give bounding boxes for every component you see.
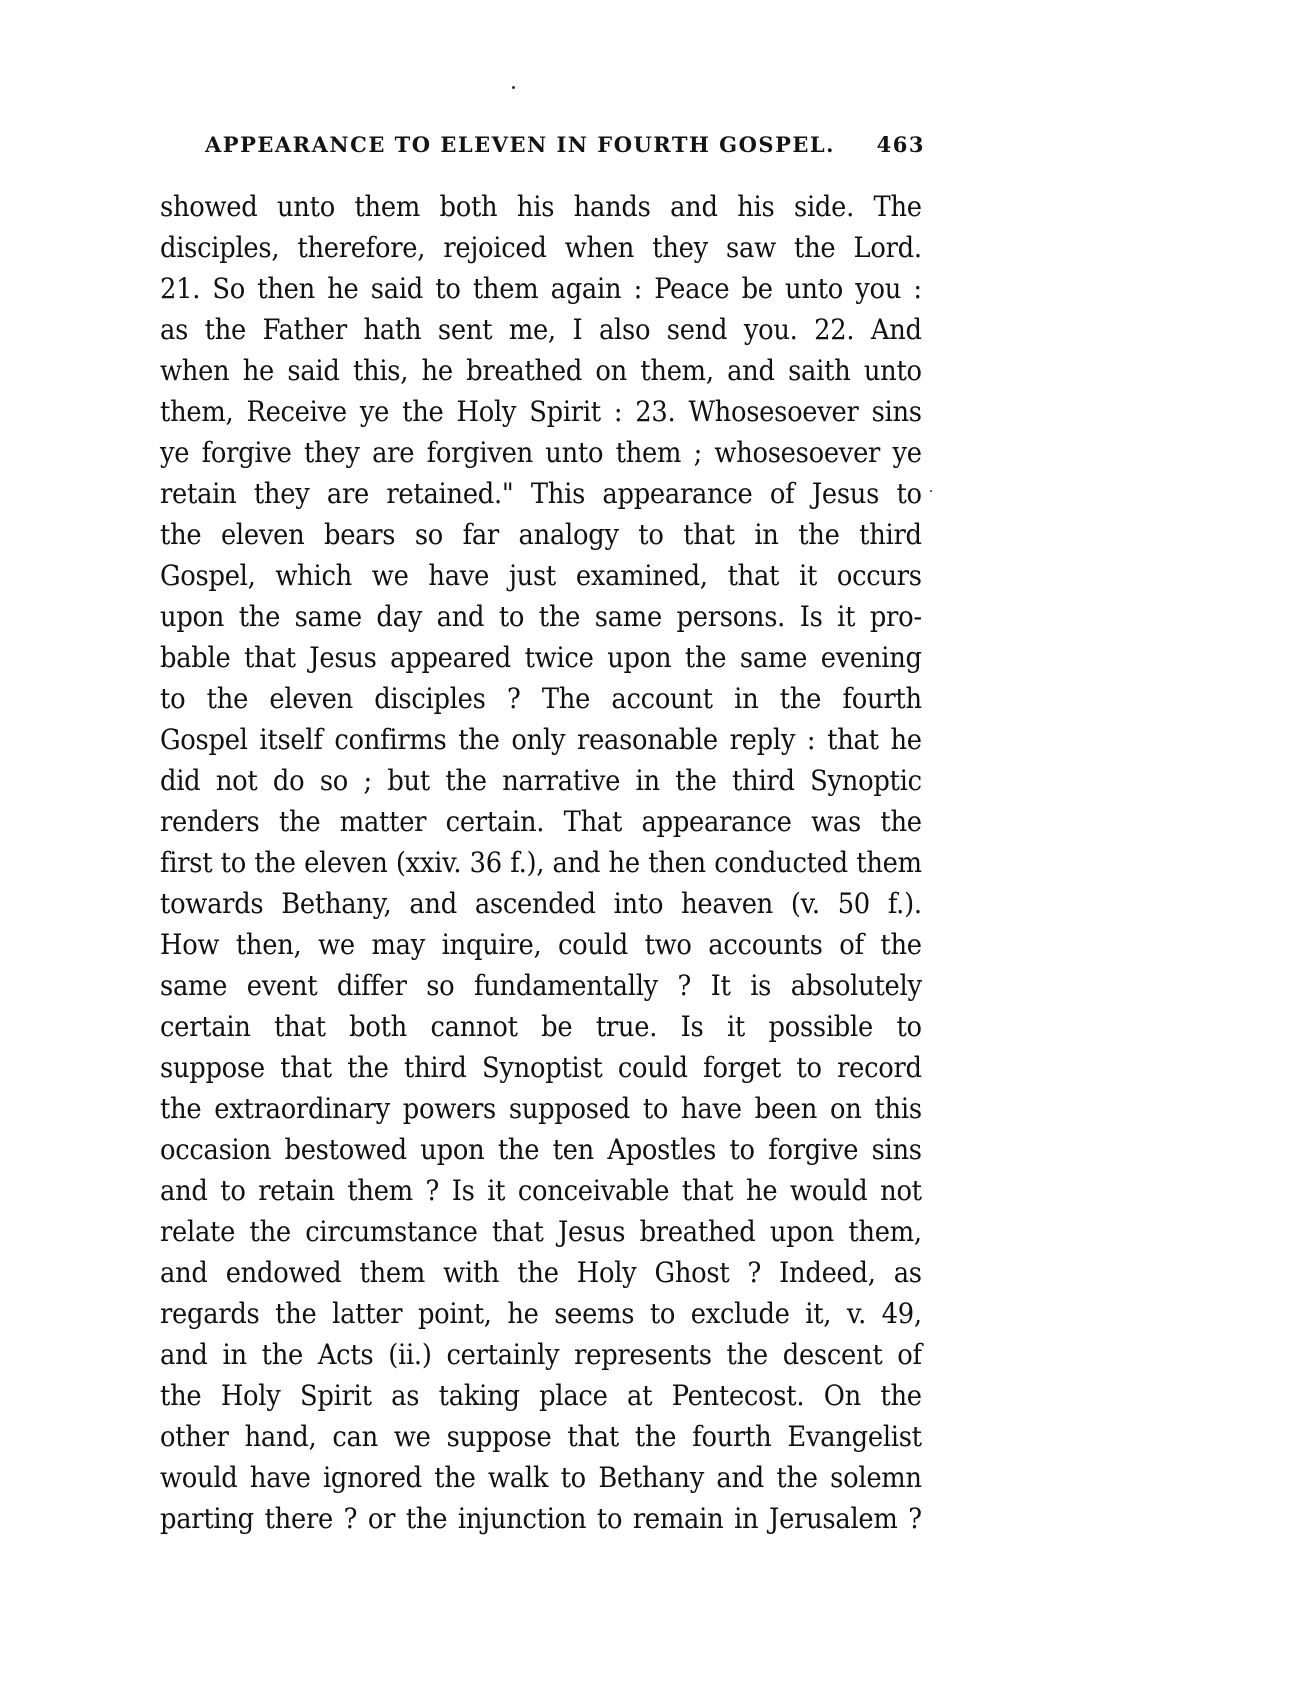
text-line: the Holy Spirit as taking place at Pente… xyxy=(160,1375,922,1416)
print-speck xyxy=(930,490,932,492)
text-line: towards Bethany, and ascended into heave… xyxy=(160,883,922,924)
running-title: APPEARANCE TO ELEVEN IN FOURTH GOSPEL. xyxy=(205,132,835,157)
text-line: and in the Acts (ii.) certainly represen… xyxy=(160,1334,922,1375)
text-line: parting there ? or the injunction to rem… xyxy=(160,1498,922,1539)
text-line: relate the circumstance that Jesus breat… xyxy=(160,1211,922,1252)
text-line: did not do so ; but the narrative in the… xyxy=(160,760,922,801)
text-line: Gospel itself confirms the only reasonab… xyxy=(160,719,922,760)
text-line: renders the matter certain. That appeara… xyxy=(160,801,922,842)
text-line: them, Receive ye the Holy Spirit : 23. W… xyxy=(160,391,922,432)
text-line: bable that Jesus appeared twice upon the… xyxy=(160,637,922,678)
text-line: regards the latter point, he seems to ex… xyxy=(160,1293,922,1334)
text-line: would have ignored the walk to Bethany a… xyxy=(160,1457,922,1498)
text-line: certain that both cannot be true. Is it … xyxy=(160,1006,922,1047)
text-line: when he said this, he breathed on them, … xyxy=(160,350,922,391)
page-number: 463 xyxy=(877,132,925,157)
text-line: occasion bestowed upon the ten Apostles … xyxy=(160,1129,922,1170)
print-speck xyxy=(512,86,515,89)
text-line: 21. So then he said to them again : Peac… xyxy=(160,268,922,309)
text-line: same event differ so fundamentally ? It … xyxy=(160,965,922,1006)
text-line: How then, we may inquire, could two acco… xyxy=(160,924,922,965)
text-line: upon the same day and to the same person… xyxy=(160,596,922,637)
body-text: showed unto them both his hands and his … xyxy=(160,186,922,1539)
text-line: the extraordinary powers supposed to hav… xyxy=(160,1088,922,1129)
text-line: retain they are retained." This appearan… xyxy=(160,473,922,514)
text-line: showed unto them both his hands and his … xyxy=(160,186,922,227)
running-head: APPEARANCE TO ELEVEN IN FOURTH GOSPEL. 4… xyxy=(205,132,925,157)
text-line: the eleven bears so far analogy to that … xyxy=(160,514,922,555)
book-page: APPEARANCE TO ELEVEN IN FOURTH GOSPEL. 4… xyxy=(0,0,1292,1700)
text-line: suppose that the third Synoptist could f… xyxy=(160,1047,922,1088)
text-line: disciples, therefore, rejoiced when they… xyxy=(160,227,922,268)
text-line: Gospel, which we have just examined, tha… xyxy=(160,555,922,596)
text-line: to the eleven disciples ? The account in… xyxy=(160,678,922,719)
text-line: as the Father hath sent me, I also send … xyxy=(160,309,922,350)
text-line: other hand, can we suppose that the four… xyxy=(160,1416,922,1457)
text-line: and to retain them ? Is it conceivable t… xyxy=(160,1170,922,1211)
text-line: first to the eleven (xxiv. 36 f.), and h… xyxy=(160,842,922,883)
text-line: and endowed them with the Holy Ghost ? I… xyxy=(160,1252,922,1293)
text-line: ye forgive they are forgiven unto them ;… xyxy=(160,432,922,473)
